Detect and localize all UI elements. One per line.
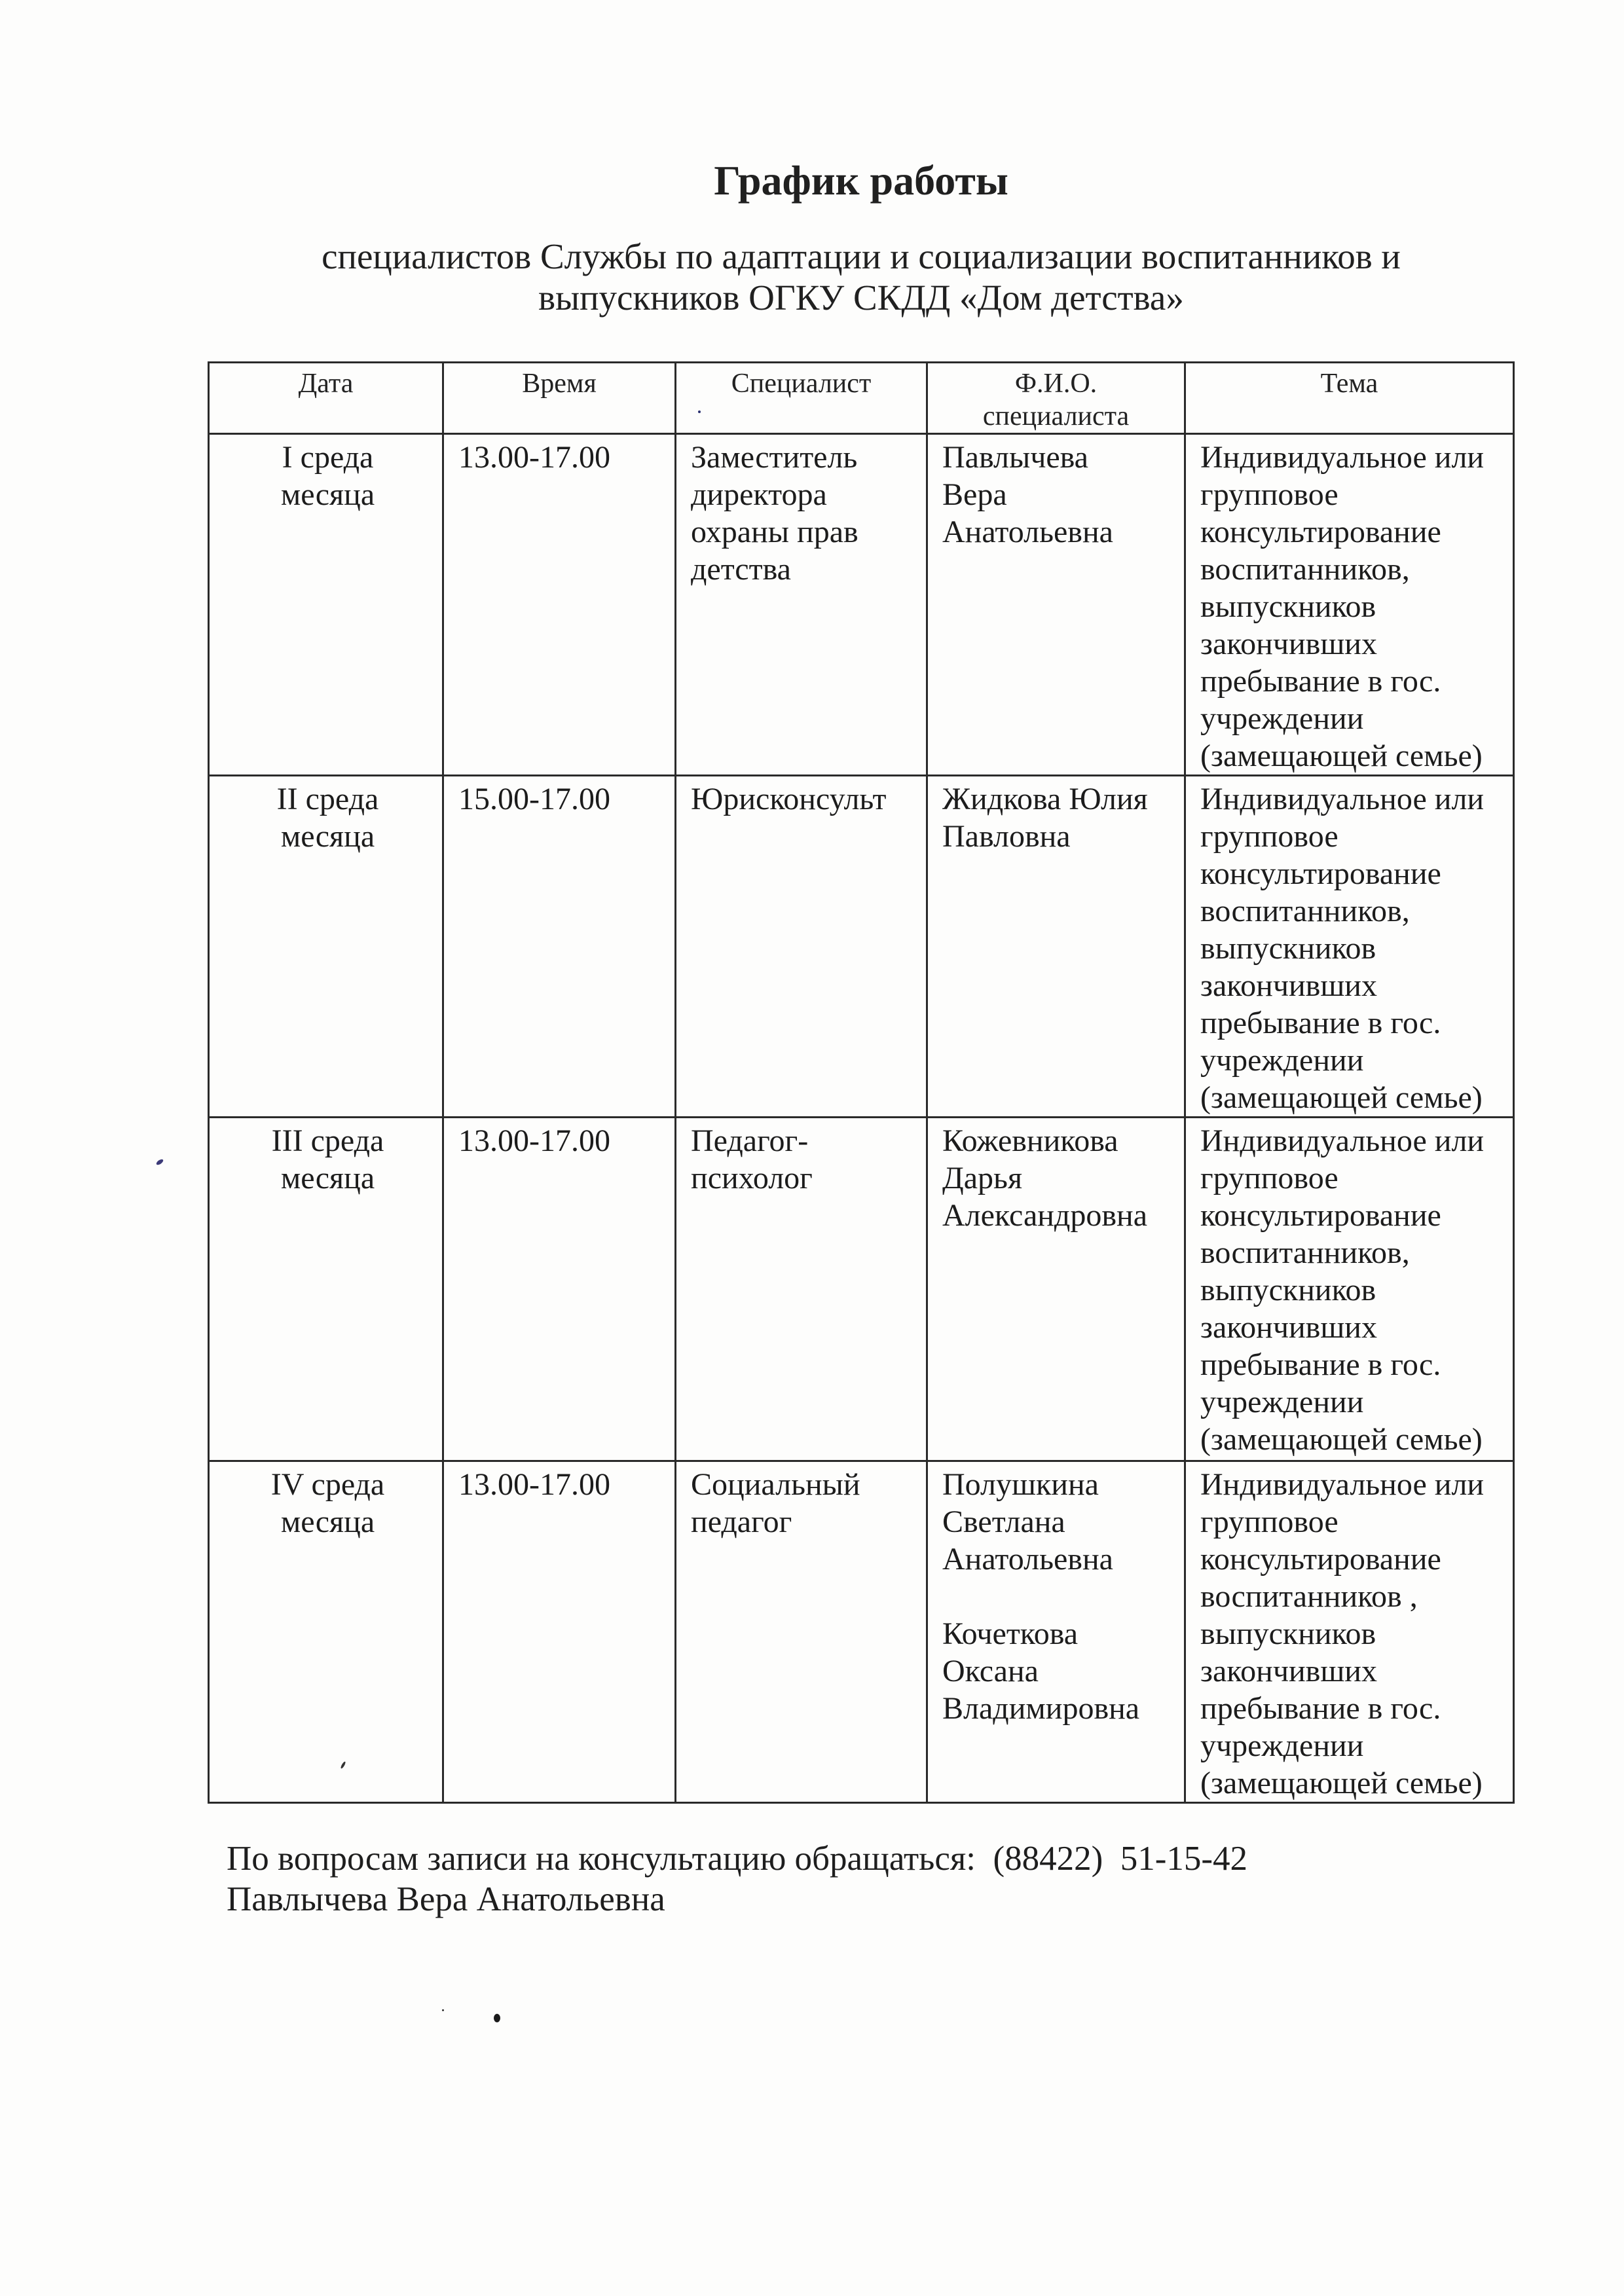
cell-topic-line: воспитанников, [1200, 551, 1502, 588]
table-row: I средамесяца13.00-17.00Заместительдирек… [209, 434, 1514, 776]
scan-speck [698, 410, 701, 413]
cell-specialist-line: директора [691, 476, 915, 513]
header-time: Время [443, 363, 676, 434]
cell-topic-line: выпускников [1200, 588, 1502, 625]
cell-time: 13.00-17.00 [443, 1118, 676, 1461]
table-row: III средамесяца13.00-17.00Педагог-психол… [209, 1118, 1514, 1461]
cell-fio-line: Полушкина [942, 1466, 1173, 1503]
cell-topic-line: учреждении [1200, 700, 1502, 737]
cell-topic-line: (замещающей семье) [1200, 1079, 1502, 1116]
cell-fio-line: Павлычева [942, 439, 1173, 476]
cell-fio: ПавлычеваВераАнатольевна [927, 434, 1185, 776]
cell-date-line: I среда [224, 439, 432, 476]
scan-speck [155, 1158, 164, 1166]
cell-fio-line: Вера [942, 476, 1173, 513]
cell-fio-line: Анатольевна [942, 1540, 1173, 1578]
cell-topic-line: закончивших [1200, 1652, 1502, 1690]
cell-topic-line: групповое [1200, 476, 1502, 513]
cell-fio: КожевниковаДарьяАлександровна [927, 1118, 1185, 1461]
cell-specialist-line: Юрисконсульт [691, 780, 915, 818]
cell-topic-line: Индивидуальное или [1200, 780, 1502, 818]
cell-fio-line: Анатольевна [942, 513, 1173, 551]
cell-topic-line: выпускников [1200, 1271, 1502, 1309]
scan-speck [494, 2014, 500, 2022]
cell-topic-line: учреждении [1200, 1727, 1502, 1764]
cell-topic-line: Индивидуальное или [1200, 1466, 1502, 1503]
cell-topic-line: групповое [1200, 1159, 1502, 1197]
cell-topic-line: воспитанников, [1200, 892, 1502, 930]
subtitle-line: выпускников ОГКУ СКДД «Дом детства» [249, 277, 1473, 318]
cell-topic-line: выпускников [1200, 930, 1502, 967]
cell-specialist-line: педагог [691, 1503, 915, 1540]
cell-date: II средамесяца [209, 776, 443, 1118]
cell-topic: Индивидуальное илигрупповоеконсультирова… [1185, 1461, 1514, 1803]
cell-topic-line: пребывание в гос. [1200, 1690, 1502, 1727]
scan-speck [442, 2009, 444, 2011]
schedule-table: Дата Время Специалист Ф.И.О. специалиста… [208, 361, 1515, 1804]
cell-topic-line: учреждении [1200, 1383, 1502, 1421]
cell-specialist-line: охраны прав [691, 513, 915, 551]
cell-date: I средамесяца [209, 434, 443, 776]
table-row: IV средамесяца13.00-17.00Социальныйпедаг… [209, 1461, 1514, 1803]
cell-fio-line: Павловна [942, 818, 1173, 855]
cell-topic-line: (замещающей семье) [1200, 1764, 1502, 1802]
cell-date-line: месяца [224, 476, 432, 513]
cell-topic-line: пребывание в гос. [1200, 1004, 1502, 1042]
cell-topic-line: Индивидуальное или [1200, 439, 1502, 476]
cell-fio-line: Оксана [942, 1652, 1173, 1690]
cell-specialist-line: психолог [691, 1159, 915, 1197]
subtitle-line: специалистов Службы по адаптации и социа… [249, 236, 1473, 277]
cell-topic-line: учреждении [1200, 1042, 1502, 1079]
cell-topic-line: закончивших [1200, 1309, 1502, 1346]
cell-specialist-line: Педагог- [691, 1122, 915, 1159]
cell-fio-line: Дарья [942, 1159, 1173, 1197]
cell-topic-line: консультирование [1200, 855, 1502, 892]
cell-date-line: II среда [224, 780, 432, 818]
cell-specialist: Социальныйпедагог [676, 1461, 927, 1803]
cell-date-line: III среда [224, 1122, 432, 1159]
cell-topic-line: (замещающей семье) [1200, 737, 1502, 774]
cell-date-line: месяца [224, 1503, 432, 1540]
cell-date-line: IV среда [224, 1466, 432, 1503]
cell-date: III средамесяца [209, 1118, 443, 1461]
cell-specialist-line: Заместитель [691, 439, 915, 476]
cell-topic-line: консультирование [1200, 1540, 1502, 1578]
cell-topic: Индивидуальное илигрупповоеконсультирова… [1185, 1118, 1514, 1461]
cell-date: IV средамесяца [209, 1461, 443, 1803]
cell-topic-line: воспитанников , [1200, 1578, 1502, 1615]
cell-fio-line: Кожевникова [942, 1122, 1173, 1159]
header-date: Дата [209, 363, 443, 434]
contact-text: По вопросам записи на консультацию обращ… [227, 1840, 976, 1878]
header-fio: Ф.И.О. специалиста [927, 363, 1185, 434]
cell-topic-line: пребывание в гос. [1200, 663, 1502, 700]
cell-topic-line: (замещающей семье) [1200, 1421, 1502, 1458]
cell-specialist: Юрисконсульт [676, 776, 927, 1118]
cell-topic-line: закончивших [1200, 625, 1502, 663]
document-subtitle: специалистов Службы по адаптации и социа… [249, 236, 1473, 318]
table-row: II средамесяца15.00-17.00ЮрисконсультЖид… [209, 776, 1514, 1118]
header-fio-line: специалиста [934, 400, 1177, 433]
cell-specialist-line: Социальный [691, 1466, 915, 1503]
contact-phone: (88422) 51-15-42 [993, 1840, 1247, 1878]
cell-fio-line: Жидкова Юлия [942, 780, 1173, 818]
cell-specialist-line: детства [691, 551, 915, 588]
cell-time: 13.00-17.00 [443, 434, 676, 776]
cell-topic-line: пребывание в гос. [1200, 1346, 1502, 1383]
cell-specialist: Педагог-психолог [676, 1118, 927, 1461]
cell-time: 15.00-17.00 [443, 776, 676, 1118]
cell-topic: Индивидуальное илигрупповоеконсультирова… [1185, 776, 1514, 1118]
cell-topic-line: Индивидуальное или [1200, 1122, 1502, 1159]
cell-topic-line: групповое [1200, 818, 1502, 855]
header-specialist: Специалист [676, 363, 927, 434]
cell-fio-line: Владимировна [942, 1690, 1173, 1727]
header-fio-line: Ф.И.О. [934, 367, 1177, 400]
contact-name: Павлычева Вера Анатольевна [227, 1879, 1247, 1920]
cell-fio: Жидкова ЮлияПавловна [927, 776, 1185, 1118]
cell-fio: ПолушкинаСветланаАнатольевнаКочетковаОкс… [927, 1461, 1185, 1803]
header-topic: Тема [1185, 363, 1514, 434]
cell-topic-line: выпускников [1200, 1615, 1502, 1652]
contact-line: По вопросам записи на консультацию обращ… [227, 1838, 1247, 1879]
cell-topic-line: воспитанников, [1200, 1234, 1502, 1271]
cell-time: 13.00-17.00 [443, 1461, 676, 1803]
contact-footer: По вопросам записи на консультацию обращ… [227, 1838, 1247, 1920]
cell-fio-line [942, 1578, 1173, 1615]
cell-topic-line: консультирование [1200, 513, 1502, 551]
cell-fio-line: Светлана [942, 1503, 1173, 1540]
cell-fio-line: Александровна [942, 1197, 1173, 1234]
document-title: График работы [0, 155, 1624, 207]
table-header-row: Дата Время Специалист Ф.И.О. специалиста… [209, 363, 1514, 434]
cell-fio-line: Кочеткова [942, 1615, 1173, 1652]
cell-topic-line: консультирование [1200, 1197, 1502, 1234]
cell-topic-line: групповое [1200, 1503, 1502, 1540]
cell-date-line: месяца [224, 1159, 432, 1197]
cell-date-line: месяца [224, 818, 432, 855]
cell-topic: Индивидуальное илигрупповоеконсультирова… [1185, 434, 1514, 776]
cell-topic-line: закончивших [1200, 967, 1502, 1004]
cell-specialist: Заместительдиректораохраны правдетства [676, 434, 927, 776]
